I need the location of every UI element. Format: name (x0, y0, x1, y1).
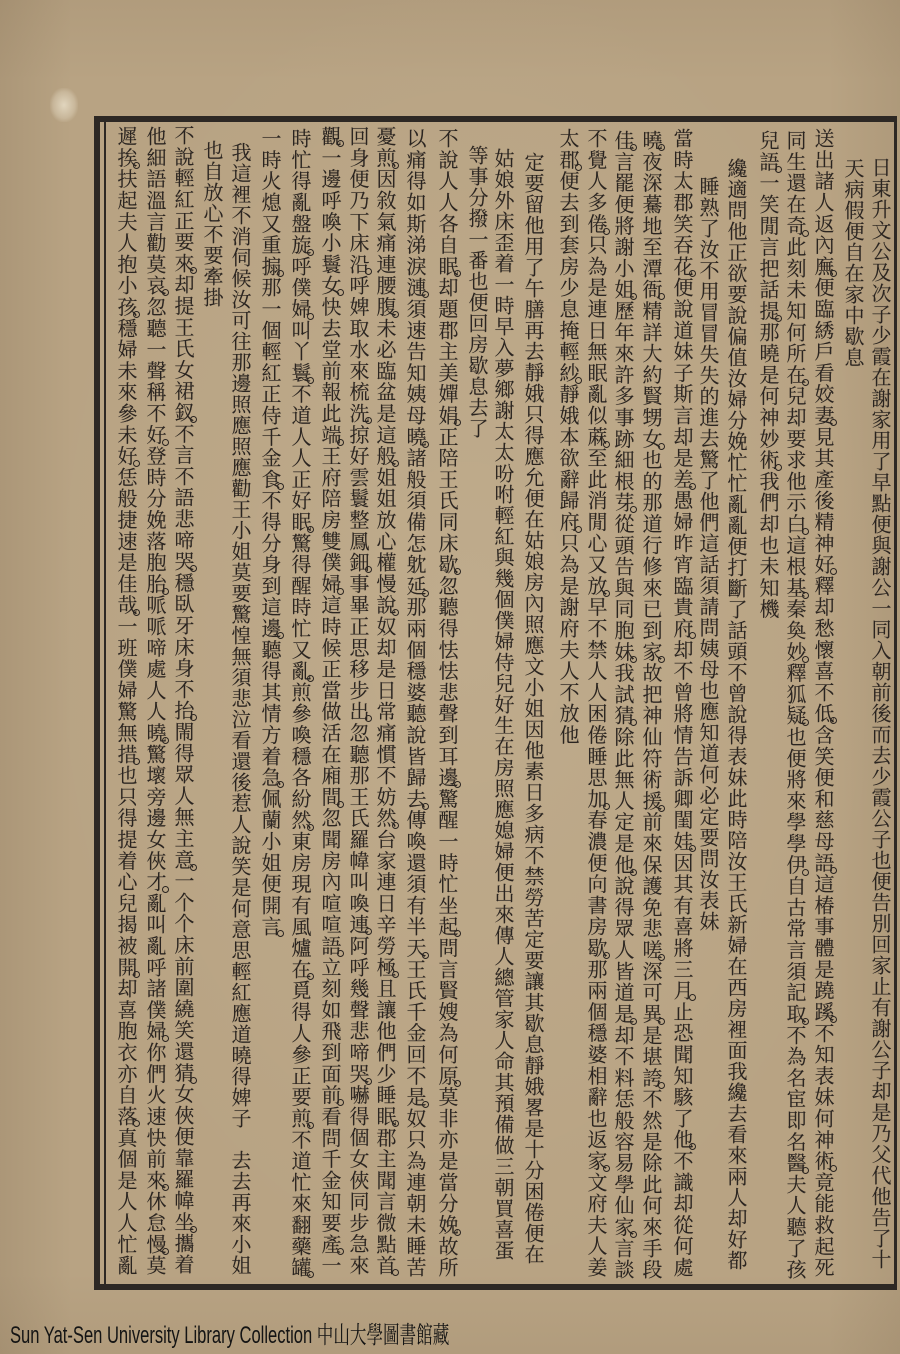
text-column-7: 睡熟了汝不用冒冒失失的進去驚了他們這話須請問姨母也應知道何必定要問汝表妹 (695, 176, 721, 932)
text-column-10: 佳言罷便將謝小姐歷年來許多事跡細根芽從頭告與同胞妹我試猜除此無人定是他說得眾人皆… (610, 130, 636, 1280)
text-column-25: 不說輕紅正要來却提王氏女裙釵不言不語悲啼哭穩臥牙床身不抬閙得眾人無主意一个个床前… (170, 125, 196, 1275)
text-column-13: 定要留他用了午膳再去靜娥只得應允便在姑娘房內照應文小姐因他素日多病不禁勞苦定要讓… (520, 152, 546, 1265)
text-column-21: 時忙得亂盤旋呼僕婦叫丫鬟不道人人正好眠驚得醒時忙又亂煎參喚穩各紛然東房現有風爐在… (287, 128, 313, 1278)
text-column-27: 遲挨扶起夫人抱小孩穩婦未來參未好恁般捷速是佳哉一班僕婦驚無措也只得提着心兒揭被開… (113, 126, 139, 1276)
text-column-22: 一時火熄又重搧那一個輕紅正侍千金食不得分身到這邊聽得其情方着急佩蘭小姐便開言 (257, 128, 283, 937)
text-column-8: 當時太郡笑吞花便說道妹子斯言却是差愚婦昨宵臨貴府却不曾將情告訴卿閨娃因其有喜將三… (669, 128, 695, 1278)
text-column-20: 觀一邊呼喚小鬟女快去堂前報此端王府陪房雙僕婦這時候正當做活在廂間忽聞房內喧喧語立… (317, 126, 343, 1276)
text-column-18: 憂煎因敘氣痛連腰腹未必臨盆是這般姐姐放心權慢說奴却是日常痛慣不妨然台家連日辛勞極… (372, 126, 398, 1276)
text-column-5: 兒語一笑閒言把話提那曉是何神妙術我們却也未知機 (755, 130, 781, 620)
collection-credit: Sun Yat-Sen University Library Collectio… (10, 1324, 449, 1348)
text-column-17: 以痛得如斯涕淚漣須速告知姨母曉諸般須備怎躭延那兩個穩婆聽說皆歸去傳喚還須有半天王… (402, 128, 428, 1278)
text-column-23: 我這裡不消伺候汝可往那邊照應照應勸王小姐莫要驚惶無須悲泣看還後惹人說笑是何意思輕… (227, 142, 253, 1276)
paper-blemish (50, 88, 78, 122)
text-column-11: 不覺人多倦只為是連日無眠亂似蔴至此消閒心又放早不禁人人困倦睡思加春濃便向書房歇那… (583, 128, 609, 1278)
page-border-inner-line (104, 122, 106, 1284)
text-column-9: 曉夜深驀地至潭衙精詳大約賢甥女也的那道行修來已到家故把神仙符術援前來保護免悲嗟深… (638, 130, 664, 1280)
text-column-24: 也自放心不要牽掛 (199, 140, 225, 308)
text-column-2: 天病假便自在家中歇息 (840, 158, 866, 368)
text-column-15: 等事分撥一番也便回房歇息去了 (464, 145, 490, 439)
text-column-26: 他細語溫言勸莫哀忽聽一聲稱不好登時分娩落胞胎哌哌啼處人人曉驚壞旁邊女俠才亂叫亂呼… (142, 126, 168, 1276)
text-column-16: 不說人人各自眠却題郡主美嬋娟正陪王氏同床歇忽聽得怯怯悲聲到耳邊驚醒一時忙坐起問言… (434, 128, 460, 1278)
text-column-6: 纔適問他正欲要說偏值汝婦分娩忙忙亂亂便打斷了話頭不曾說得表妹此時陪汝王氏新婦在西… (723, 158, 749, 1271)
text-column-19: 回身便乃下床沿呼婢取水來梳洗掠好雲鬟整鳳鈿事畢正思移步出忽聽那王氏羅幃叫喚連阿呼… (345, 126, 371, 1276)
text-column-1: 日東升文公及次子少霞在謝家用了早點便與謝公一同入朝前後而去少霞公子也便告別回家止… (867, 157, 893, 1270)
text-column-14: 姑娘外床歪着一時早入夢鄉謝太太吩咐輕紅與幾個僕婦侍兒好生在房照應媳婦便出來傳人總… (490, 148, 516, 1261)
text-column-4: 同生還在奇此刻未知何所在兒却要求他示白這根基秦奐妙釋狐疑也便將來學學伊自古常言須… (782, 130, 808, 1280)
text-column-3: 送出諸人返內廡便臨綉戶看姣妻見其產後精神好釋却愁懷喜不低含笑便和慈母語這椿事體是… (810, 128, 836, 1278)
text-column-12: 太郡便去到套房少息掩輕紗靜娥本欲辭歸府只為是謝府夫人不放他 (555, 128, 581, 746)
